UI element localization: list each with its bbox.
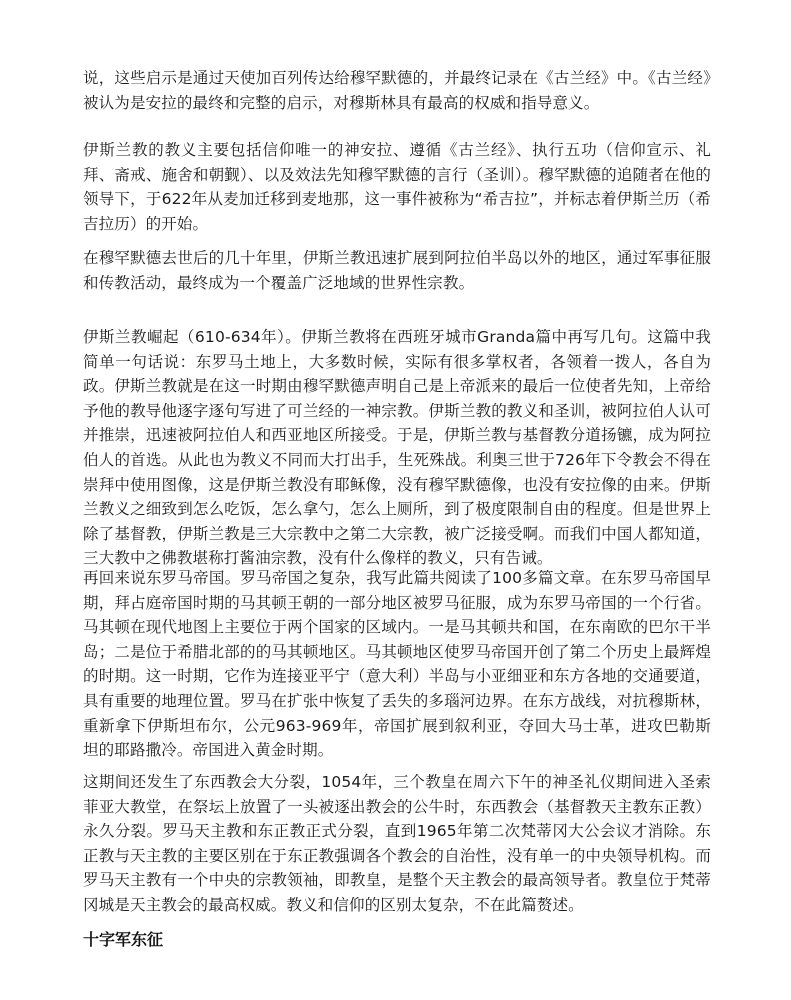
paragraph-eastern-roman-empire: 再回来说东罗马帝国。罗马帝国之复杂，我写此篇共阅读了100多篇文章。在东罗马帝国… bbox=[83, 566, 711, 763]
paragraph-islam-doctrine: 伊斯兰教的教义主要包括信仰唯一的神安拉、遵循《古兰经》、执行五功（信仰宣示、礼拜… bbox=[83, 138, 711, 236]
paragraph-great-schism: 这期间还发生了东西教会大分裂，1054年，三个教皇在周六下午的神圣礼仪期间进入圣… bbox=[83, 770, 711, 918]
paragraph-rise-of-islam: 伊斯兰教崛起（610-634年）。伊斯兰教将在西班牙城市Granda篇中再写几句… bbox=[83, 325, 711, 571]
paragraph-quran-revelation: 说，这些启示是通过天使加百列传达给穆罕默德的，并最终记录在《古兰经》中。《古兰经… bbox=[83, 66, 711, 115]
paragraph-islam-expansion: 在穆罕默德去世后的几十年里，伊斯兰教迅速扩展到阿拉伯半岛以外的地区，通过军事征服… bbox=[83, 246, 711, 295]
article-page: 说，这些启示是通过天使加百列传达给穆罕默德的，并最终记录在《古兰经》中。《古兰经… bbox=[0, 0, 791, 1000]
section-heading-crusades: 十字军东征 bbox=[83, 928, 163, 952]
